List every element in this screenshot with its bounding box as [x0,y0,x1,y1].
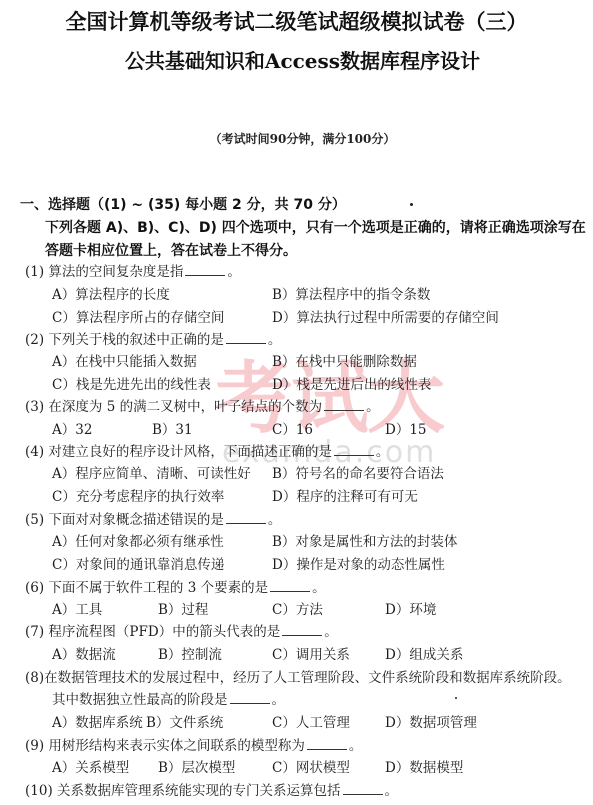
question-3: (3) 在深度为 5 的满二叉树中，叶子结点的个数为。 [25,395,380,415]
question-suffix: 。 [349,738,363,754]
option-a: A）任何对象都必须有继承性 [52,530,224,550]
question-stem: 用树形结构来表示实体之间联系的模型称为 [48,738,305,754]
question-9: (9) 用树形结构来表示实体之间联系的模型称为。 [25,734,362,754]
option-d: D）组成关系 [385,643,463,663]
option-d: D）程序的注释可有可无 [272,485,418,505]
option-c: C）16 [272,418,313,438]
option-d: D）数据模型 [385,756,463,776]
question-stem: 算法的空间复杂度是指 [48,264,183,280]
question-number: (5) [25,512,44,528]
question-number: (2) [25,332,44,348]
option-a: A）程序应简单、清晰、可读性好 [52,462,251,482]
answer-blank [343,793,383,795]
option-b: B）31 [152,418,193,438]
option-d: D）算法执行过程中所需要的存储空间 [272,306,499,326]
question-suffix: 。 [312,580,326,596]
question-2: (2) 下列关于栈的叙述中正确的是。 [25,328,281,348]
question-stem: 在深度为 5 的满二叉树中，叶子结点的个数为 [48,399,322,415]
exam-subject: 公共基础知识和Access数据库程序设计 [0,45,593,74]
section-instruction-line2: 答题卡相应位置上，答在试卷上不得分。 [45,240,297,260]
option-c: C）人工管理 [272,711,350,731]
option-b: B）控制流 [158,643,222,663]
question-stem: 下面对对象概念描述错误的是 [48,512,224,528]
question-stem: 下列关于栈的叙述中正确的是 [48,332,224,348]
question-number: (10) [25,783,53,799]
option-a: A）数据流 [52,643,116,663]
option-a: A）在栈中只能插入数据 [52,350,197,370]
question-stem: 在数据管理技术的发展过程中，经历了人工管理阶段、文件系统阶段和数据库系统阶段。 [44,670,571,686]
option-c: C）栈是先进先出的线性表 [52,373,211,393]
question-suffix: 。 [385,783,399,799]
section-heading: 一、选择题（(1) ~ (35) 每小题 2 分，共 70 分） [20,194,346,214]
question-number: (6) [25,580,44,596]
option-c: C）方法 [272,598,323,618]
question-8-line2: 其中数据独立性最高的阶段是。 [52,688,285,708]
question-stem: 关系数据库管理系统能实现的专门关系运算包括 [57,783,341,799]
option-c: C）算法程序所占的存储空间 [52,306,224,326]
question-stem-line2: 其中数据独立性最高的阶段是 [52,692,228,708]
question-number: (4) [25,444,44,460]
question-suffix: 。 [366,399,380,415]
option-d: D）操作是对象的动态性属性 [272,553,445,573]
question-number: (1) [25,264,44,280]
option-d: D）数据项管理 [385,711,477,731]
question-10: (10) 关系数据库管理系统能实现的专门关系运算包括。 [25,779,398,799]
speck-mark [455,697,457,699]
question-suffix: 。 [268,512,282,528]
option-b: B）符号名的命名要符合语法 [272,462,444,482]
speck-mark [410,203,413,206]
option-d: D）环境 [385,598,436,618]
option-a: A）工具 [52,598,102,618]
question-6: (6) 下面不属于软件工程的 3 个要素的是。 [25,576,326,596]
option-b: B）算法程序中的指令条数 [272,283,430,303]
answer-blank [230,702,270,704]
section-instruction-line1: 下列各题 A)、B)、C)、D) 四个选项中，只有一个选项是正确的，请将正确选项… [45,217,586,237]
question-stem: 程序流程图（PFD）中的箭头代表的是 [48,624,280,640]
question-suffix: 。 [324,624,338,640]
question-1: (1) 算法的空间复杂度是指。 [25,260,241,280]
question-stem: 对建立良好的程序设计风格，下面描述正确的是 [48,444,332,460]
question-number: (7) [25,624,44,640]
option-d: D）栈是先进后出的线性表 [272,373,431,393]
option-b: B）层次模型 [158,756,235,776]
exam-time-info: （考试时间90分钟，满分100分） [0,130,593,147]
answer-blank [226,522,266,524]
option-c: C）对象间的通讯靠消息传递 [52,553,224,573]
option-d: D）15 [385,418,427,438]
answer-blank [334,454,374,456]
question-8: (8)在数据管理技术的发展过程中，经历了人工管理阶段、文件系统阶段和数据库系统阶… [25,666,571,686]
option-b: B）文件系统 [146,711,223,731]
question-suffix: 。 [272,692,286,708]
question-number: (8) [25,670,44,686]
option-c: C）调用关系 [272,643,350,663]
option-b: B）过程 [158,598,208,618]
question-4: (4) 对建立良好的程序设计风格，下面描述正确的是。 [25,440,389,460]
question-7: (7) 程序流程图（PFD）中的箭头代表的是。 [25,620,338,640]
exam-title: 全国计算机等级考试二级笔试超级模拟试卷（三） [0,6,593,36]
option-b: B）对象是属性和方法的封装体 [272,530,457,550]
question-suffix: 。 [268,332,282,348]
answer-blank [185,274,225,276]
option-c: C）网状模型 [272,756,350,776]
question-number: (9) [25,738,44,754]
answer-blank [324,409,364,411]
question-number: (3) [25,399,44,415]
option-a: A）数据库系统 [52,711,143,731]
answer-blank [270,590,310,592]
option-a: A）32 [52,418,92,438]
question-suffix: 。 [227,264,241,280]
option-b: B）在栈中只能删除数据 [272,350,417,370]
option-c: C）充分考虑程序的执行效率 [52,485,224,505]
answer-blank [307,748,347,750]
option-a: A）关系模型 [52,756,129,776]
answer-blank [282,634,322,636]
answer-blank [226,342,266,344]
question-stem: 下面不属于软件工程的 3 个要素的是 [48,580,268,596]
option-a: A）算法程序的长度 [52,283,170,303]
question-suffix: 。 [376,444,390,460]
question-5: (5) 下面对对象概念描述错误的是。 [25,508,281,528]
